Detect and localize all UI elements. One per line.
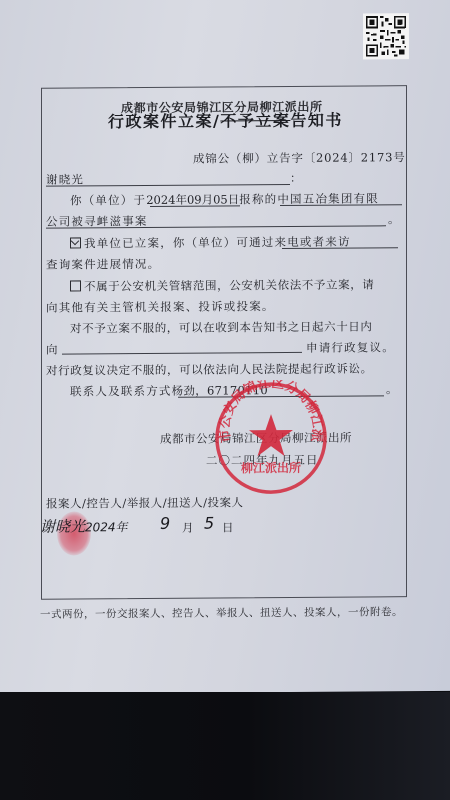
option-not-filed-line1: 不属于公安机关管辖范围，公安机关依法不予立案，请 <box>70 277 374 293</box>
signer-roles: 报案人/控告人/举报人/扭送人/投案人 <box>46 495 244 510</box>
appeal-line3: 对行政复议决定不服的，可以依法向人民法院提起行政诉讼。 <box>46 361 373 377</box>
official-seal: 成都市公安局锦江区分局柳江派出所 柳江派出所 <box>213 380 329 497</box>
contact-end: 。 <box>386 382 399 396</box>
option-filed-checkbox[interactable] <box>70 237 81 248</box>
footer-note: 一式两份，一份交报案人、控告人、举报人、扭送人、投案人，一份附卷。 <box>40 605 403 622</box>
appeal-line2-suffix: 申请行政复议。 <box>306 340 395 355</box>
signature-name: 谢晓光 <box>40 517 85 535</box>
document-title: 行政案件立案/不予立案告知书 <box>108 114 343 130</box>
option-not-filed-line2: 向其他有关主管机关报案、投诉或投案。 <box>46 299 275 315</box>
sign-date-day-unit: 日 <box>222 520 235 534</box>
contact-label: 联系人及联系方式 <box>70 384 172 399</box>
sign-date-month-unit: 月 <box>182 521 195 535</box>
title-struck: 不予立案 <box>220 111 290 130</box>
appeal-line1: 对不予立案不服的，可以在收到本告知书之日起六十日内 <box>70 319 373 335</box>
signature: 谢晓光2024年 <box>40 519 128 535</box>
sign-date-year: 2024年 <box>85 520 128 534</box>
option-filed-line2: 查询案件进展情况。 <box>46 257 160 272</box>
paper-sheet: 成都市公安局锦江区分局柳江派出所 行政案件立案/不予立案告知书 成锦公（柳）立告… <box>0 0 450 694</box>
option-not-filed-checkbox[interactable] <box>70 280 81 291</box>
sign-date-day: 5 <box>204 516 215 530</box>
desk-background <box>0 692 450 800</box>
para1-end: 。 <box>388 212 401 226</box>
title-tail: 告知书 <box>290 111 343 130</box>
title-kept: 行政案件立案/ <box>108 111 220 131</box>
option-filed-text: 我单位已立案，你（单位）可通过 <box>84 235 275 250</box>
appeal-line2-prefix: 向 <box>46 343 59 357</box>
reference-number: 成锦公（柳）立告字〔2024〕2173号 <box>193 150 406 165</box>
sign-date-month: 9 <box>160 517 171 531</box>
qr-code-icon <box>363 13 409 59</box>
para1-mid: 报称的 <box>239 192 277 206</box>
recipient-suffix: ： <box>290 171 303 185</box>
para1-prefix: 你（单位）于 <box>70 193 146 208</box>
svg-text:柳江派出所: 柳江派出所 <box>241 460 301 475</box>
option-not-filed-text: 不属于公安机关管辖范围，公安机关依法不予立案，请 <box>84 277 374 293</box>
